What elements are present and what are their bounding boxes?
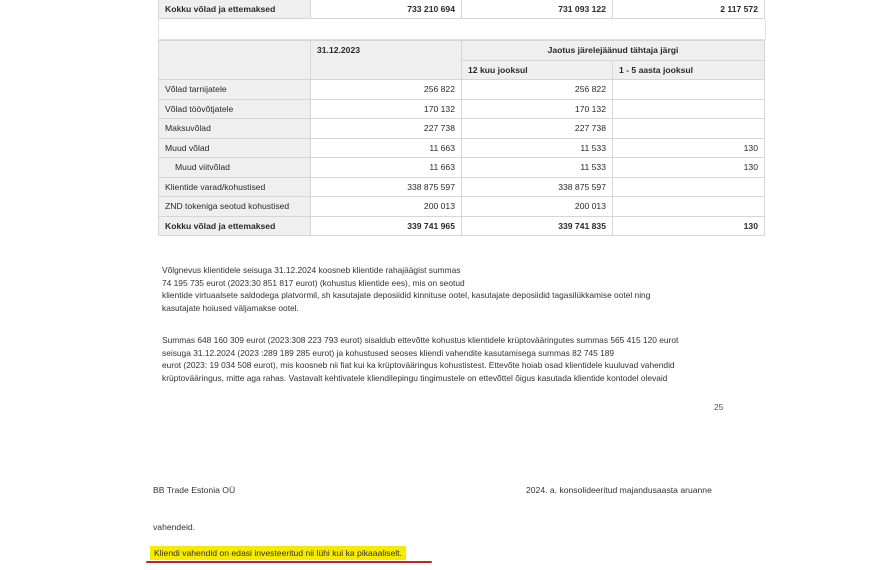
cell-total: 11 663: [311, 138, 462, 158]
cell-total: 170 132: [311, 99, 462, 119]
cell-1-5y: 130: [613, 216, 765, 236]
row-label: Klientide varad/kohustised: [159, 177, 311, 197]
cell-12m: 339 741 835: [462, 216, 613, 236]
text-line: krüptovääringus, mitte aga rahas. Vastav…: [162, 372, 782, 385]
footer-report-title: 2024. a. konsolideeritud majandusaasta a…: [526, 485, 712, 495]
row-label: Kokku võlad ja ettemaksed: [159, 0, 311, 19]
table-row: Klientide varad/kohustised 338 875 597 3…: [159, 177, 765, 197]
previous-table-total: Kokku võlad ja ettemaksed 733 210 694 73…: [158, 0, 765, 19]
row-label: Võlad tarnijatele: [159, 80, 311, 100]
cell-12m: 338 875 597: [462, 177, 613, 197]
table-row: Võlad tarnijatele 256 822 256 822: [159, 80, 765, 100]
cell-total: 338 875 597: [311, 177, 462, 197]
cell-12m: 256 822: [462, 80, 613, 100]
cell-12m: 227 738: [462, 119, 613, 139]
cell-1-5y: [613, 119, 765, 139]
header-12m: 12 kuu jooksul: [462, 60, 613, 80]
cell-1-5y: 2 117 572: [613, 0, 765, 19]
continuation-text: vahendeid.: [153, 522, 195, 532]
table-total-row: Kokku võlad ja ettemaksed 339 741 965 33…: [159, 216, 765, 236]
text-line: Summas 648 160 309 eurot (2023:308 223 7…: [162, 334, 782, 347]
header-split-title: Jaotus järelejäänud tähtaja järgi: [462, 41, 765, 61]
cell-1-5y: 130: [613, 138, 765, 158]
cell-total: 200 013: [311, 197, 462, 217]
table-row: ZND tokeniga seotud kohustised 200 013 2…: [159, 197, 765, 217]
paragraph-crypto-liabilities: Summas 648 160 309 eurot (2023:308 223 7…: [162, 334, 782, 384]
row-label: Maksuvõlad: [159, 119, 311, 139]
cell-total: 256 822: [311, 80, 462, 100]
row-label: Kokku võlad ja ettemaksed: [159, 216, 311, 236]
table-row: Muud võlad 11 663 11 533 130: [159, 138, 765, 158]
footer-company: BB Trade Estonia OÜ: [153, 485, 235, 495]
row-label: Muud võlad: [159, 138, 311, 158]
cell-1-5y: [613, 197, 765, 217]
cell-total: 733 210 694: [311, 0, 462, 19]
liabilities-table-2023: 31.12.2023 Jaotus järelejäänud tähtaja j…: [158, 40, 765, 236]
row-label: Muud viitvõlad: [159, 158, 311, 178]
cell-12m: 170 132: [462, 99, 613, 119]
text-line: eurot (2023: 19 034 508 eurot), mis koos…: [162, 359, 782, 372]
header-empty: [159, 41, 311, 80]
cell-total: 339 741 965: [311, 216, 462, 236]
cell-total: 227 738: [311, 119, 462, 139]
row-label: Võlad töövõtjatele: [159, 99, 311, 119]
table-row-total-2024: Kokku võlad ja ettemaksed 733 210 694 73…: [159, 0, 765, 19]
document-page: Kokku võlad ja ettemaksed 733 210 694 73…: [0, 0, 870, 570]
table-header-row: 31.12.2023 Jaotus järelejäänud tähtaja j…: [159, 41, 765, 61]
table-spacer: [158, 19, 766, 40]
cell-12m: 731 093 122: [462, 0, 613, 19]
table-row: Võlad töövõtjatele 170 132 170 132: [159, 99, 765, 119]
cell-1-5y: [613, 99, 765, 119]
text-line: seisuga 31.12.2024 (2023 :289 189 285 eu…: [162, 347, 782, 360]
header-date: 31.12.2023: [311, 41, 462, 80]
red-underline-annotation: [146, 561, 432, 563]
row-label: ZND tokeniga seotud kohustised: [159, 197, 311, 217]
paragraph-client-debt: Võlgnevus klientidele seisuga 31.12.2024…: [162, 264, 782, 314]
cell-total: 11 663: [311, 158, 462, 178]
highlighted-sentence: Kliendi vahendid on edasi investeeritud …: [150, 546, 406, 560]
page-number: 25: [714, 402, 723, 412]
cell-1-5y: [613, 177, 765, 197]
text-line: klientide virtuaalsete saldodega platvor…: [162, 289, 782, 302]
table-row: Maksuvõlad 227 738 227 738: [159, 119, 765, 139]
text-line: Võlgnevus klientidele seisuga 31.12.2024…: [162, 264, 782, 277]
cell-1-5y: [613, 80, 765, 100]
cell-12m: 200 013: [462, 197, 613, 217]
cell-1-5y: 130: [613, 158, 765, 178]
cell-12m: 11 533: [462, 138, 613, 158]
text-line: kasutajate hoiused väljamakse ootel.: [162, 302, 782, 315]
header-1-5y: 1 - 5 aasta jooksul: [613, 60, 765, 80]
table-row: Muud viitvõlad 11 663 11 533 130: [159, 158, 765, 178]
text-line: 74 195 735 eurot (2023:30 851 817 eurot)…: [162, 277, 782, 290]
cell-12m: 11 533: [462, 158, 613, 178]
